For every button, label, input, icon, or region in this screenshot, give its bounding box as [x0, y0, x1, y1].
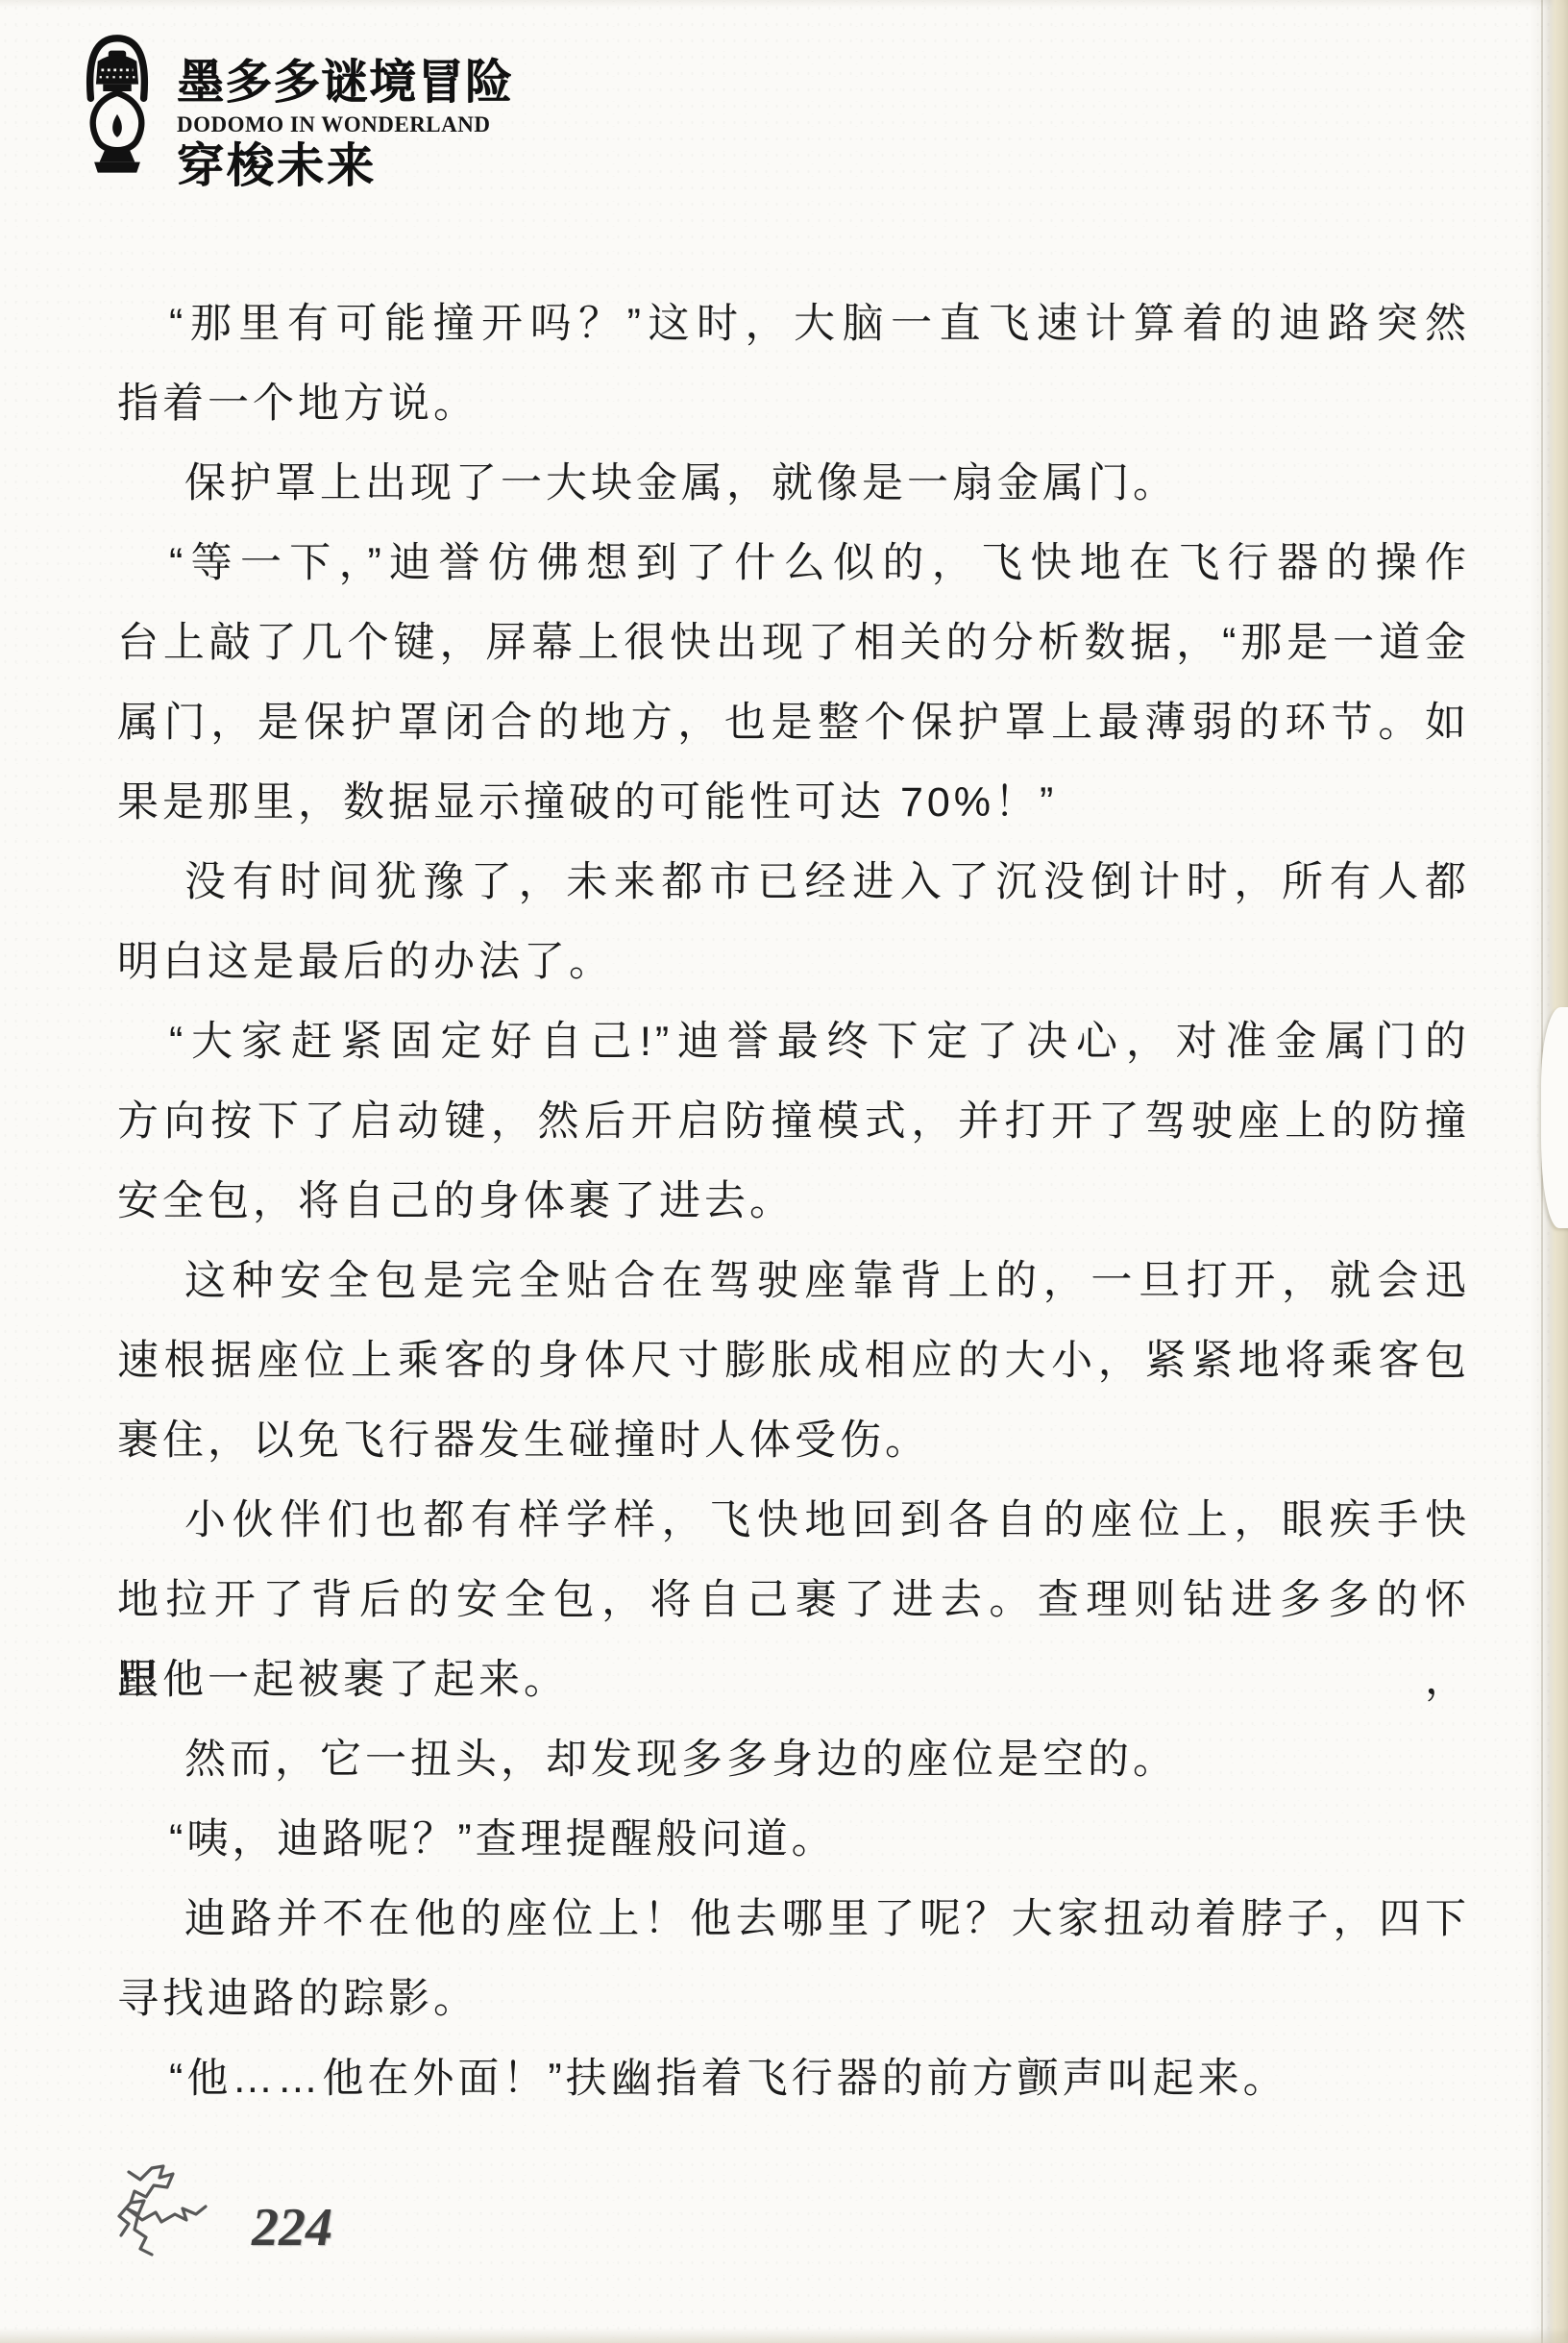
text-line: 明白这是最后的办法了。 [117, 923, 1470, 1002]
series-title: 墨多多谜境冒险 [177, 60, 513, 107]
text-line: 寻找迪路的踪影。 [117, 1960, 1470, 2039]
volume-title: 穿梭未来 [177, 143, 513, 190]
page-bottom-edge [0, 2328, 1568, 2343]
series-subtitle: DODOMO IN WONDERLAND [177, 113, 513, 136]
text-line: 裹住，以免飞行器发生碰撞时人体受伤。 [117, 1401, 1470, 1481]
text-line: 保护罩上出现了一大块金属，就像是一扇金属门。 [117, 444, 1470, 524]
text-line: 然而，它一扭头，却发现多多身边的座位是空的。 [117, 1720, 1470, 1800]
text-line: 方向按下了启动键，然后开启防撞模式，并打开了驾驶座上的防撞 [117, 1082, 1470, 1162]
text-line: 迪路并不在他的座位上！他去哪里了呢？大家扭动着脖子，四下 [117, 1880, 1470, 1960]
text-line: “那里有可能撞开吗？”这时，大脑一直飞速计算着的迪路突然 [117, 284, 1470, 364]
page-number: 224 [252, 2197, 332, 2258]
lantern-icon [73, 27, 161, 200]
text-line: “大家赶紧固定好自己!”迪誉最终下定了决心，对准金属门的 [117, 1002, 1470, 1082]
page-body-text: “那里有可能撞开吗？”这时，大脑一直飞速计算着的迪路突然 指着一个地方说。 保护… [117, 284, 1470, 2119]
text-line: 属门，是保护罩闭合的地方，也是整个保护罩上最薄弱的环节。如 [117, 683, 1470, 763]
page-footer: 224 [92, 2160, 332, 2260]
text-line: “等一下，”迪誉仿佛想到了什么似的，飞快地在飞行器的操作 [117, 524, 1470, 604]
text-line: 小伙伴们也都有样学样，飞快地回到各自的座位上，眼疾手快 [117, 1481, 1470, 1561]
text-line: 地拉开了背后的安全包，将自己裹了进去。查理则钻进多多的怀里， [117, 1561, 1470, 1640]
logo-text-block: 墨多多谜境冒险 DODOMO IN WONDERLAND 穿梭未来 [177, 27, 513, 190]
page-top-edge-shadow [0, 0, 1568, 8]
text-line: 台上敲了几个键，屏幕上很快出现了相关的分析数据，“那是一道金 [117, 604, 1470, 683]
text-line: 安全包，将自己的身体裹了进去。 [117, 1162, 1470, 1242]
text-line: 速根据座位上乘客的身体尺寸膨胀成相应的大小，紧紧地将乘客包 [117, 1321, 1470, 1401]
torn-paper-notch [1541, 1007, 1568, 1228]
text-line: 指着一个地方说。 [117, 364, 1470, 444]
text-line: 果是那里，数据显示撞破的可能性可达 70%！” [117, 763, 1470, 843]
text-line: “咦，迪路呢？”查理提醒般问道。 [117, 1800, 1470, 1880]
book-series-logo: 墨多多谜境冒险 DODOMO IN WONDERLAND 穿梭未来 [73, 27, 513, 200]
scribble-flourish-icon [92, 2160, 265, 2260]
book-page-scan: { "header": { "logo_icon": "lantern-icon… [0, 0, 1568, 2343]
text-line: 这种安全包是完全贴合在驾驶座靠背上的，一旦打开，就会迅 [117, 1242, 1470, 1321]
text-line: “他……他在外面！”扶幽指着飞行器的前方颤声叫起来。 [117, 2039, 1470, 2119]
text-line: 没有时间犹豫了，未来都市已经进入了沉没倒计时，所有人都 [117, 843, 1470, 923]
